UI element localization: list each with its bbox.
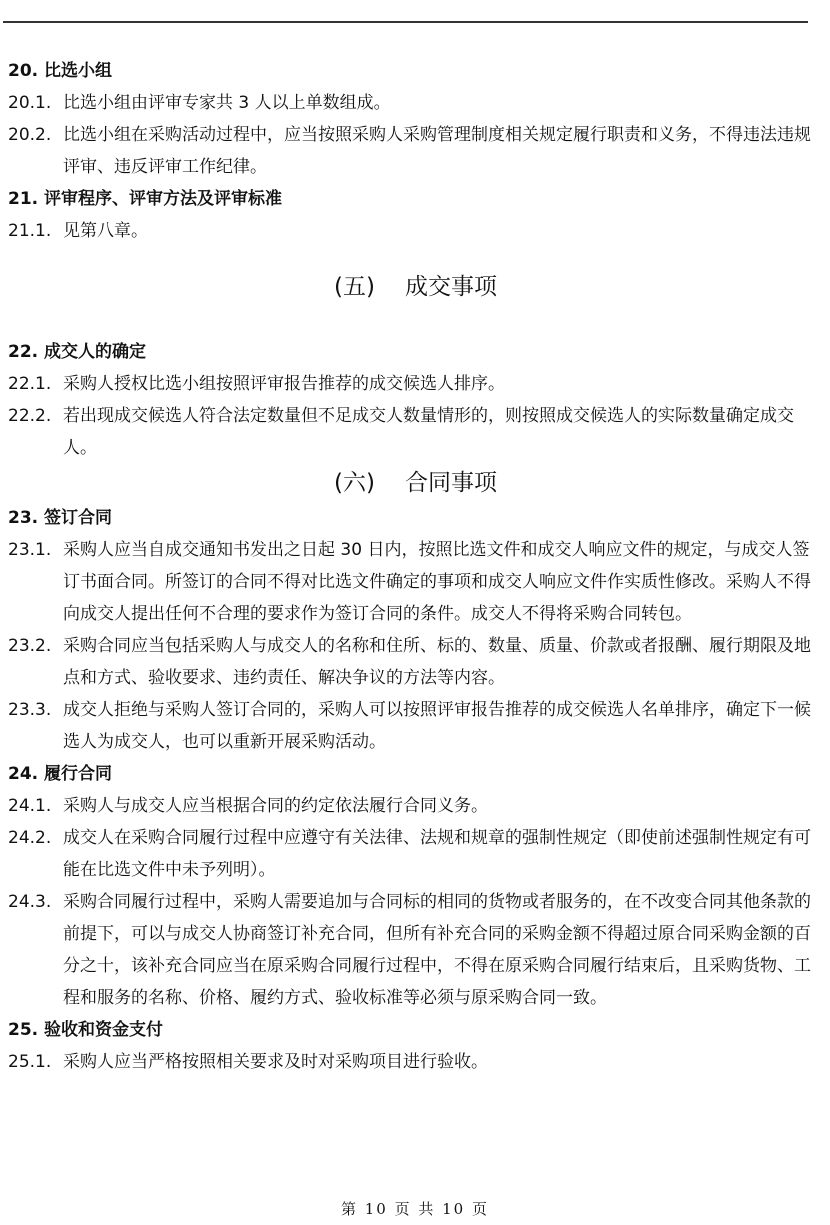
clause-text: 采购人授权比选小组按照评审报告推荐的成交候选人排序。 (63, 368, 823, 400)
clause-23-3: 23.3. 成交人拒绝与采购人签订合同的，采购人可以按照评审报告推荐的成交候选人… (8, 694, 823, 758)
clause-text: 采购人与成交人应当根据合同的约定依法履行合同义务。 (63, 790, 823, 822)
clause-text: 成交人在采购合同履行过程中应遵守有关法律、法规和规章的强制性规定（即使前述强制性… (63, 822, 823, 886)
section-label: 合同事项 (405, 470, 497, 496)
heading-24: 24. 履行合同 (8, 758, 823, 790)
heading-22: 22. 成交人的确定 (8, 336, 823, 368)
clause-22-1: 22.1. 采购人授权比选小组按照评审报告推荐的成交候选人排序。 (8, 368, 823, 400)
clause-number: 24.3. (8, 886, 63, 1014)
clause-number: 22.1. (8, 368, 63, 400)
section-title-6: (六)合同事项 (8, 464, 823, 502)
clause-text: 比选小组由评审专家共 3 人以上单数组成。 (63, 87, 823, 119)
page-footer: 第 10 页 共 10 页 (0, 1198, 830, 1219)
clause-text: 见第八章。 (63, 215, 823, 247)
clause-text: 采购人应当严格按照相关要求及时对采购项目进行验收。 (63, 1046, 823, 1078)
section-number: (六) (334, 470, 375, 496)
clause-text: 采购合同履行过程中，采购人需要追加与合同标的相同的货物或者服务的，在不改变合同其… (63, 886, 823, 1014)
clause-number: 24.2. (8, 822, 63, 886)
clause-text: 采购人应当自成交通知书发出之日起 30 日内，按照比选文件和成交人响应文件的规定… (63, 534, 823, 630)
clause-number: 25.1. (8, 1046, 63, 1078)
header-rule (3, 21, 808, 23)
clause-number: 20.2. (8, 119, 63, 183)
clause-23-1: 23.1. 采购人应当自成交通知书发出之日起 30 日内，按照比选文件和成交人响… (8, 534, 823, 630)
clause-24-3: 24.3. 采购合同履行过程中，采购人需要追加与合同标的相同的货物或者服务的，在… (8, 886, 823, 1014)
clause-number: 21.1. (8, 215, 63, 247)
clause-24-2: 24.2. 成交人在采购合同履行过程中应遵守有关法律、法规和规章的强制性规定（即… (8, 822, 823, 886)
heading-23: 23. 签订合同 (8, 502, 823, 534)
clause-25-1: 25.1. 采购人应当严格按照相关要求及时对采购项目进行验收。 (8, 1046, 823, 1078)
clause-text: 成交人拒绝与采购人签订合同的，采购人可以按照评审报告推荐的成交候选人名单排序，确… (63, 694, 823, 758)
clause-24-1: 24.1. 采购人与成交人应当根据合同的约定依法履行合同义务。 (8, 790, 823, 822)
clause-21-1: 21.1. 见第八章。 (8, 215, 823, 247)
clause-20-2: 20.2. 比选小组在采购活动过程中，应当按照采购人采购管理制度相关规定履行职责… (8, 119, 823, 183)
clause-23-2: 23.2. 采购合同应当包括采购人与成交人的名称和住所、标的、数量、质量、价款或… (8, 630, 823, 694)
section-title-5: (五)成交事项 (8, 265, 823, 309)
clause-number: 23.2. (8, 630, 63, 694)
clause-20-1: 20.1. 比选小组由评审专家共 3 人以上单数组成。 (8, 87, 823, 119)
clause-number: 23.1. (8, 534, 63, 630)
heading-21: 21. 评审程序、评审方法及评审标准 (8, 183, 823, 215)
clause-number: 22.2. (8, 400, 63, 464)
heading-25: 25. 验收和资金支付 (8, 1014, 823, 1046)
document-body: 20. 比选小组 20.1. 比选小组由评审专家共 3 人以上单数组成。 20.… (8, 55, 823, 1078)
clause-number: 23.3. (8, 694, 63, 758)
clause-text: 采购合同应当包括采购人与成交人的名称和住所、标的、数量、质量、价款或者报酬、履行… (63, 630, 823, 694)
clause-number: 24.1. (8, 790, 63, 822)
clause-text: 若出现成交候选人符合法定数量但不足成交人数量情形的，则按照成交候选人的实际数量确… (63, 400, 823, 464)
heading-20: 20. 比选小组 (8, 55, 823, 87)
section-number: (五) (334, 274, 375, 300)
clause-text: 比选小组在采购活动过程中，应当按照采购人采购管理制度相关规定履行职责和义务，不得… (63, 119, 823, 183)
clause-22-2: 22.2. 若出现成交候选人符合法定数量但不足成交人数量情形的，则按照成交候选人… (8, 400, 823, 464)
clause-number: 20.1. (8, 87, 63, 119)
section-label: 成交事项 (405, 274, 497, 300)
